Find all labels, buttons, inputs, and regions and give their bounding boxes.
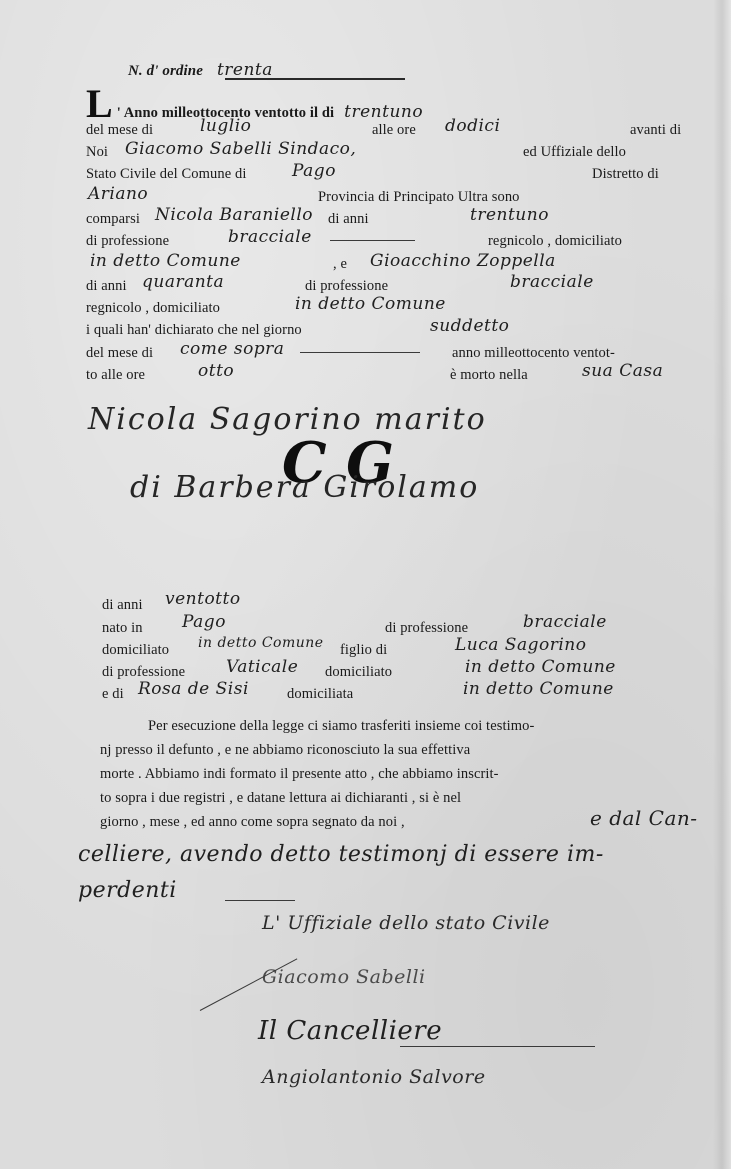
printed-text: di anni: [86, 278, 127, 295]
declarant-2-domicile: in detto Comune: [295, 294, 446, 314]
order-value: trenta: [217, 60, 273, 80]
printed-text: Provincia di Principato Ultra sono: [318, 189, 520, 206]
page-edge-shadow: [713, 0, 731, 1169]
deceased-profession: bracciale: [523, 612, 607, 632]
father-profession: Vaticale: [226, 657, 298, 677]
printed-text: di anni: [328, 211, 369, 228]
declarant-1-name: Nicola Baraniello: [155, 205, 313, 225]
declarant-1-domicile: in detto Comune: [90, 251, 241, 271]
drop-cap: L: [86, 81, 113, 126]
closing-line: nj presso il defunto , e ne abbiamo rico…: [100, 738, 710, 762]
fill-line: [300, 352, 420, 353]
deceased-birthplace: Pago: [182, 612, 226, 632]
header-line-2: del mese di: [86, 122, 153, 139]
declarant-1-profession: bracciale: [228, 227, 312, 247]
month-field: luglio: [200, 116, 251, 136]
mayor-name-field: Giacomo Sabelli Sindaco,: [125, 139, 356, 159]
printed-text: domiciliata: [287, 686, 353, 703]
signature-flourish: [400, 1046, 595, 1047]
hour-field: dodici: [445, 116, 500, 136]
officer-title: L' Uffiziale dello stato Civile: [262, 912, 550, 934]
declarant-1-age: trentuno: [470, 205, 549, 225]
closing-line: Per esecuzione della legge ci siamo tras…: [100, 714, 710, 738]
printed-text: Distretto di: [592, 166, 659, 183]
closing-line: morte . Abbiamo indi formato il presente…: [100, 762, 710, 786]
printed-text: del mese di: [86, 122, 153, 138]
declarant-2-profession: bracciale: [510, 272, 594, 292]
chancellor-title: Il Cancelliere: [258, 1016, 442, 1046]
printed-text: regnicolo , domiciliato: [86, 300, 220, 317]
document-page: N. d' ordine trenta L ' Anno milleottoce…: [0, 0, 731, 1169]
printed-text: ed Uffiziale dello: [523, 144, 626, 161]
death-day-field: suddetto: [430, 316, 509, 336]
printed-text: di professione: [305, 278, 388, 295]
closing-hand-line: perdenti: [78, 878, 177, 903]
deceased-age: ventotto: [165, 589, 241, 609]
printed-text: to alle ore: [86, 367, 145, 384]
printed-text: domiciliato: [102, 642, 169, 659]
father-name: Luca Sagorino: [455, 635, 586, 655]
order-label: N. d' ordine: [128, 63, 203, 79]
printed-text: di anni: [102, 597, 143, 614]
order-number: N. d' ordine trenta: [128, 60, 273, 80]
death-place-field: sua Casa: [582, 361, 663, 381]
mother-name: Rosa de Sisi: [138, 679, 249, 699]
death-month-field: come sopra: [180, 339, 284, 359]
mother-domicile: in detto Comune: [463, 679, 614, 699]
printed-text: è morto nella: [450, 367, 528, 384]
printed-text: , e: [333, 256, 347, 273]
printed-text: figlio di: [340, 642, 387, 659]
printed-text: Noi: [86, 144, 108, 161]
printed-text: i quali han' dichiarato che nel giorno: [86, 322, 302, 339]
fill-line: [330, 240, 415, 241]
printed-text: comparsi: [86, 211, 140, 228]
fill-line: [225, 900, 295, 901]
printed-text: e di: [102, 686, 124, 703]
closing-hand-tail: e dal Can-: [590, 806, 698, 830]
distretto-field: Ariano: [88, 184, 148, 204]
closing-hand-line: celliere, avendo detto testimonj di esse…: [78, 842, 604, 867]
comune-field: Pago: [292, 161, 336, 181]
chancellor-signature: Angiolantonio Salvore: [262, 1066, 486, 1088]
printed-text: avanti di: [630, 122, 681, 139]
printed-text: di professione: [86, 233, 169, 250]
printed-text: domiciliato: [325, 664, 392, 681]
deceased-spouse: di Barbera Girolamo: [130, 470, 479, 505]
printed-text: alle ore: [372, 122, 416, 139]
printed-text: regnicolo , domiciliato: [488, 233, 622, 250]
declarant-2-name: Gioacchino Zoppella: [370, 251, 556, 271]
date-day-field: trentuno: [344, 102, 423, 122]
printed-text: anno milleottocento ventot-: [452, 345, 615, 362]
printed-text: nato in: [102, 620, 143, 637]
declarant-2-age: quaranta: [142, 272, 224, 292]
order-underline: [225, 78, 405, 80]
printed-text: Stato Civile del Comune di: [86, 166, 246, 183]
deceased-domicile: in detto Comune: [198, 635, 324, 651]
header-line-1: L ' Anno milleottocento ventotto il di t…: [86, 84, 423, 124]
father-domicile: in detto Comune: [465, 657, 616, 677]
death-hour-field: otto: [198, 361, 234, 381]
printed-text: del mese di: [86, 345, 153, 362]
officer-signature: Giacomo Sabelli: [262, 966, 426, 988]
